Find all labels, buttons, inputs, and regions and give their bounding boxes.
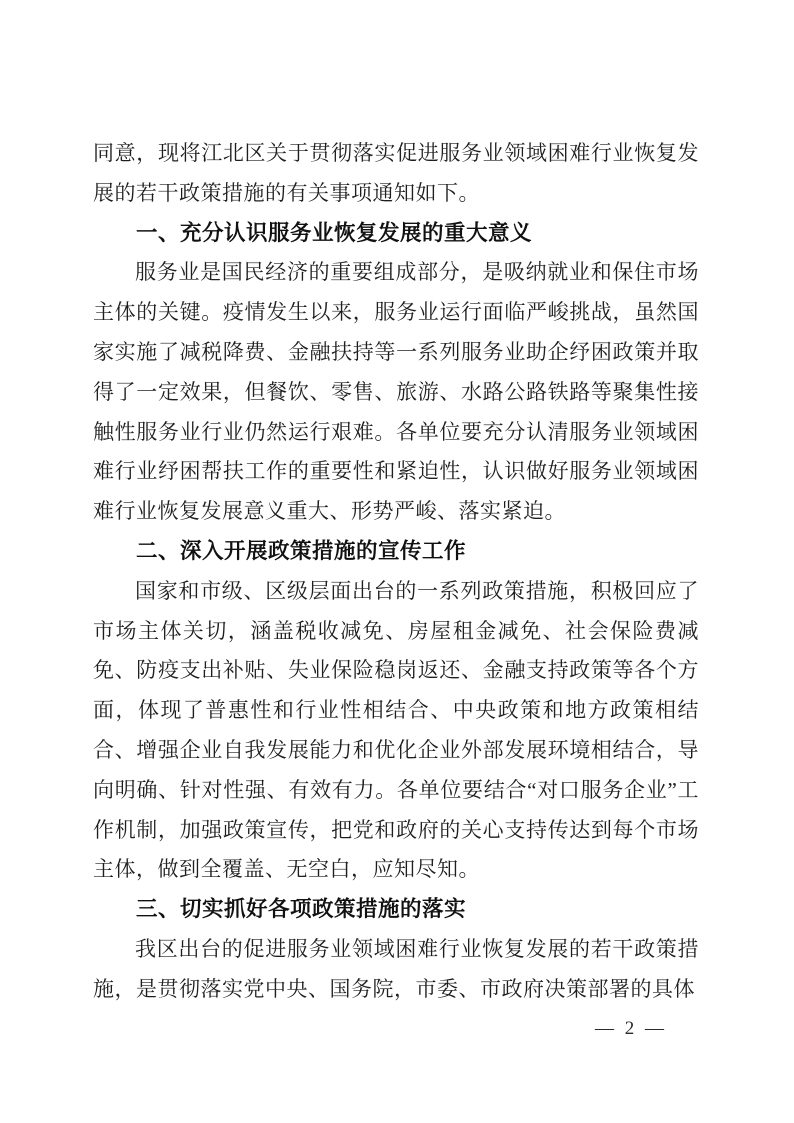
section-3-heading: 三、切实抓好各项政策措施的落实 bbox=[93, 890, 699, 930]
document-body: 同意，现将江北区关于贯彻落实促进服务业领域困难行业恢复发展的若干政策措施的有关事… bbox=[93, 134, 699, 1010]
page-number: — 2 — bbox=[595, 1018, 667, 1040]
continuation-paragraph: 同意，现将江北区关于贯彻落实促进服务业领域困难行业恢复发展的若干政策措施的有关事… bbox=[93, 134, 699, 214]
section-1-paragraph: 服务业是国民经济的重要组成部分，是吸纳就业和保住市场主体的关键。疫情发生以来，服… bbox=[93, 253, 699, 532]
document-page: 同意，现将江北区关于贯彻落实促进服务业领域困难行业恢复发展的若干政策措施的有关事… bbox=[0, 0, 794, 1123]
section-3-paragraph: 我区出台的促进服务业领域困难行业恢复发展的若干政策措施，是贯彻落实党中央、国务院… bbox=[93, 930, 699, 1010]
section-2-paragraph: 国家和市级、区级层面出台的一系列政策措施，积极回应了市场主体关切，涵盖税收减免、… bbox=[93, 572, 699, 890]
section-2-heading: 二、深入开展政策措施的宣传工作 bbox=[93, 532, 699, 572]
section-1-heading: 一、充分认识服务业恢复发展的重大意义 bbox=[93, 214, 699, 254]
